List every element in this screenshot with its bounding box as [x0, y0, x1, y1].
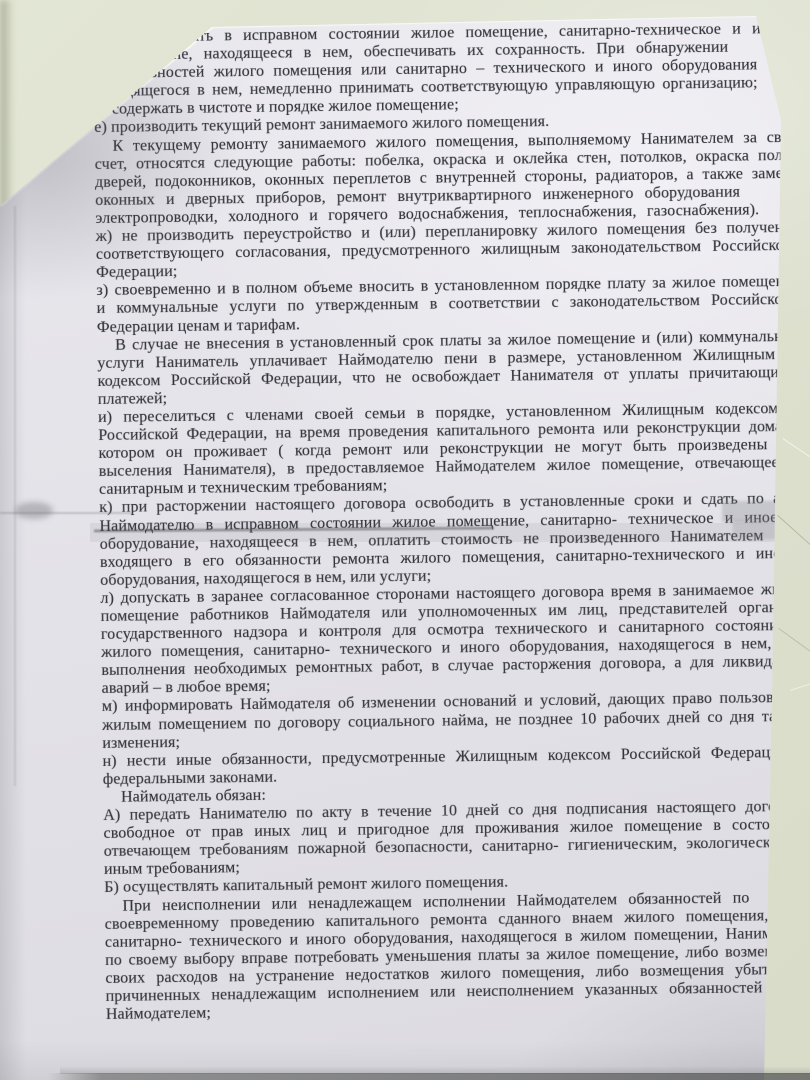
paper-crease	[14, 206, 16, 786]
document-line-text: Наймодатель обязан:	[121, 787, 266, 806]
wall-scratch	[777, 515, 810, 553]
document-line-text: иным требованиям;	[104, 859, 240, 878]
wall-scratch	[790, 677, 810, 691]
wall-scratch	[782, 438, 810, 458]
table-edge	[48, 1073, 810, 1080]
document-line-text: изменения;	[102, 734, 180, 752]
paper-sheet: г) поддерживать в исправном состоянии жи…	[0, 0, 810, 1080]
document-line-text: Федерации;	[96, 263, 177, 281]
document-line-text: Наймодателем;	[106, 1005, 211, 1023]
document-line-text: аварий – в любое время;	[102, 678, 271, 697]
document-text: г) поддерживать в исправном состоянии жи…	[93, 20, 806, 1024]
document-line-text: Федерации ценам и тарифам.	[97, 316, 300, 336]
document-line-text: платежей;	[98, 390, 168, 408]
wall-scratch	[778, 628, 810, 671]
photo-document: г) поддерживать в исправном состоянии жи…	[0, 0, 810, 1080]
paper-crease	[15, 502, 53, 519]
document-line-text: федеральными законами.	[103, 768, 278, 787]
